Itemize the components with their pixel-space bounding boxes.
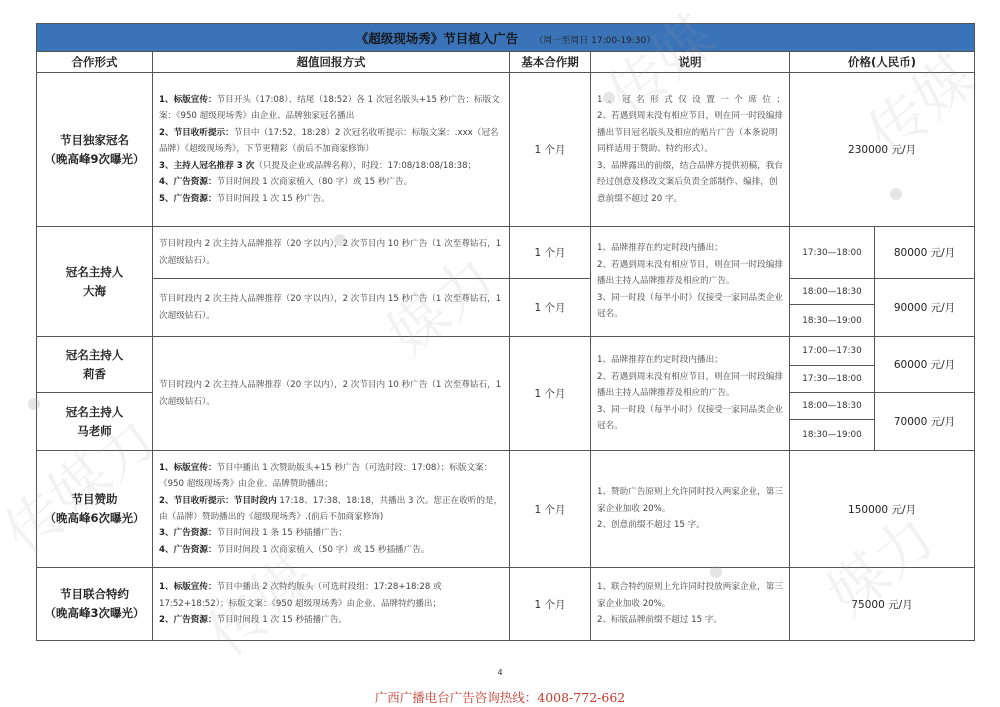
form-host-lixiang: 冠名主持人 莉香 bbox=[37, 337, 153, 393]
note-line: 3、同一时段（每半小时）仅接受一家同品类企业冠名。 bbox=[597, 290, 785, 323]
item-label: 4、广告资源： bbox=[159, 177, 217, 187]
form-name: 冠名主持人 bbox=[37, 263, 152, 282]
table-row-exclusive: 节目独家冠名 （晚高峰9次曝光） 1、标版宣传：节目开头（17:08）、结尾（1… bbox=[37, 73, 975, 227]
table-row-host-lixiang-1: 冠名主持人 莉香 节目时段内 2 次主持人品牌推荐（20 字以内），2 次节目内… bbox=[37, 337, 975, 366]
item-text: 节目时间段 1 条 15 秒插播广告； bbox=[217, 528, 347, 538]
item-text: 节目时间段 1 次商家植入（80 字）或 15 秒广告。 bbox=[217, 177, 413, 187]
slot-time: 18:30—19:00 bbox=[790, 305, 875, 337]
form-name: 节目赞助 bbox=[37, 490, 152, 509]
method-host-lixiang-ma: 节目时段内 2 次主持人品牌推荐（20 字以内），2 次节目内 10 秒广告（1… bbox=[153, 337, 510, 451]
period-host-dahai-15s: 1 个月 bbox=[510, 279, 591, 337]
host-name: 马老师 bbox=[37, 422, 152, 441]
item-text: 节目时间段 1 次 15 秒广告。 bbox=[217, 194, 330, 204]
document-page: 《超级现场秀》节目植入广告（周一至周日 17:00-19:30） 合作形式 超值… bbox=[0, 0, 1000, 707]
title-main: 《超级现场秀》节目植入广告 bbox=[356, 31, 519, 46]
note-line: 2、若遇到周末没有相应节目，则在同一时段编排播出节目冠名版头及相应的贴片广告（本… bbox=[597, 108, 785, 157]
item-text: 节目时间段 1 次商家植入（50 字）或 15 秒插播广告。 bbox=[217, 545, 430, 555]
note-line: 1、联合特约原则上允许同时投放两家企业，第三家企业加收 20%。 bbox=[597, 579, 785, 612]
item-label: 3、广告资源： bbox=[159, 528, 217, 538]
period-joint: 1 个月 bbox=[510, 568, 591, 641]
form-exposure: （晚高峰6次曝光） bbox=[37, 509, 152, 528]
item-label: 1、标版宣传： bbox=[159, 463, 217, 473]
note-line: 2、创意前缀不超过 15 字。 bbox=[597, 517, 785, 533]
header-form: 合作形式 bbox=[37, 52, 153, 73]
slot-time: 17:00—17:30 bbox=[790, 337, 875, 366]
table-row-host-dahai-2: 节目时段内 2 次主持人品牌推荐（20 字以内），2 次节目内 15 秒广告（1… bbox=[37, 279, 975, 305]
item-label: 3、主持人冠名推荐 3 次 bbox=[159, 161, 254, 171]
slot-time: 17:30—18:00 bbox=[790, 227, 875, 279]
slot-price: 70000 元/月 bbox=[875, 393, 975, 451]
slot-time: 18:00—18:30 bbox=[790, 279, 875, 305]
hotline-footer: 广西广播电台广告咨询热线：4008-772-662 bbox=[0, 688, 1000, 706]
price-sponsor: 150000 元/月 bbox=[790, 451, 975, 568]
note-line: 3、品牌露出的前缀，结合品牌方提供初稿，我台经过创意及修改文案后负责全部制作、编… bbox=[597, 158, 785, 207]
item-label: 5、广告资源： bbox=[159, 194, 217, 204]
form-name: 节目联合特约 bbox=[37, 585, 152, 604]
method-host-dahai-10s: 节目时段内 2 次主持人品牌推荐（20 字以内），2 次节目内 10 秒广告（1… bbox=[153, 227, 510, 279]
item-label: 4、广告资源： bbox=[159, 545, 217, 555]
header-row: 合作形式 超值回报方式 基本合作期 说明 价格(人民币) bbox=[37, 52, 975, 73]
note-line: 1、品牌推荐在约定时段内播出； bbox=[597, 240, 785, 256]
note-line: 1、冠名形式仅设置一个席位； bbox=[597, 92, 785, 108]
method-host-dahai-15s: 节目时段内 2 次主持人品牌推荐（20 字以内），2 次节目内 15 秒广告（1… bbox=[153, 279, 510, 337]
note-line: 2、若遇到周末没有相应节目，则在同一时段编排播出主持人品牌推荐及相应的广告。 bbox=[597, 257, 785, 290]
slot-time: 18:30—19:00 bbox=[790, 420, 875, 451]
price-joint: 75000 元/月 bbox=[790, 568, 975, 641]
note-host-lixiang-ma: 1、品牌推荐在约定时段内播出； 2、若遇到周末没有相应节目，则在同一时段编排播出… bbox=[591, 337, 790, 451]
table-row-joint: 节目联合特约 （晚高峰3次曝光） 1、标版宣传：节目中播出 2 次特约版头（可选… bbox=[37, 568, 975, 641]
item-text: （只提及企业或品牌名称），时段：17:08/18:08/18:38； bbox=[254, 161, 476, 171]
price-exclusive: 230000 元/月 bbox=[790, 73, 975, 227]
method-sponsor: 1、标版宣传：节目中播出 1 次赞助版头+15 秒广告（可选时段：17:08）；… bbox=[153, 451, 510, 568]
item-text: 节目时间段 1 次 15 秒插播广告。 bbox=[217, 615, 347, 625]
form-exclusive: 节目独家冠名 （晚高峰9次曝光） bbox=[37, 73, 153, 227]
item-label: 2、节目收听提示： bbox=[159, 128, 234, 138]
table-row-sponsor: 节目赞助 （晚高峰6次曝光） 1、标版宣传：节目中播出 1 次赞助版头+15 秒… bbox=[37, 451, 975, 568]
title-schedule: （周一至周日 17:00-19:30） bbox=[534, 36, 655, 46]
method-joint: 1、标版宣传：节目中播出 2 次特约版头（可选时段组：17:28+18:28 或… bbox=[153, 568, 510, 641]
page-number: 4 bbox=[0, 668, 1000, 677]
note-host-dahai: 1、品牌推荐在约定时段内播出； 2、若遇到周末没有相应节目，则在同一时段编排播出… bbox=[591, 227, 790, 337]
form-name: 节目独家冠名 bbox=[37, 131, 152, 150]
form-exposure: （晚高峰9次曝光） bbox=[37, 150, 152, 169]
note-line: 1、赞助广告原则上允许同时投入两家企业，第三家企业加收 20%。 bbox=[597, 484, 785, 517]
note-sponsor: 1、赞助广告原则上允许同时投入两家企业，第三家企业加收 20%。 2、创意前缀不… bbox=[591, 451, 790, 568]
note-line: 2、若遇到周末没有相应节目，则在同一时段编排播出主持人品牌推荐及相应的广告。 bbox=[597, 369, 785, 402]
note-exclusive: 1、冠名形式仅设置一个席位； 2、若遇到周末没有相应节目，则在同一时段编排播出节… bbox=[591, 73, 790, 227]
item-label: 2、节目收听提示：节目时段内 bbox=[159, 496, 277, 506]
slot-price: 60000 元/月 bbox=[875, 337, 975, 393]
item-label: 1、标版宣传： bbox=[159, 582, 217, 592]
header-period: 基本合作期 bbox=[510, 52, 591, 73]
form-name: 冠名主持人 bbox=[37, 346, 152, 365]
form-exposure: （晚高峰3次曝光） bbox=[37, 604, 152, 623]
form-joint: 节目联合特约 （晚高峰3次曝光） bbox=[37, 568, 153, 641]
method-exclusive: 1、标版宣传：节目开头（17:08）、结尾（18:52）各 1 次冠名版头+15… bbox=[153, 73, 510, 227]
period-exclusive: 1 个月 bbox=[510, 73, 591, 227]
header-price: 价格(人民币) bbox=[790, 52, 975, 73]
form-name: 冠名主持人 bbox=[37, 403, 152, 422]
slot-price: 90000 元/月 bbox=[875, 279, 975, 337]
note-joint: 1、联合特约原则上允许同时投放两家企业，第三家企业加收 20%。 2、标版品牌前… bbox=[591, 568, 790, 641]
header-method: 超值回报方式 bbox=[153, 52, 510, 73]
slot-time: 17:30—18:00 bbox=[790, 366, 875, 393]
ad-pricing-table: 《超级现场秀》节目植入广告（周一至周日 17:00-19:30） 合作形式 超值… bbox=[36, 23, 975, 641]
slot-time: 18:00—18:30 bbox=[790, 393, 875, 420]
host-name: 大海 bbox=[37, 282, 152, 301]
period-host-lixiang-ma: 1 个月 bbox=[510, 337, 591, 451]
item-label: 2、广告资源： bbox=[159, 615, 217, 625]
table-row-host-dahai-1: 冠名主持人 大海 节目时段内 2 次主持人品牌推荐（20 字以内），2 次节目内… bbox=[37, 227, 975, 279]
host-name: 莉香 bbox=[37, 365, 152, 384]
item-label: 1、标版宣传： bbox=[159, 95, 217, 105]
note-line: 2、标版品牌前缀不超过 15 字。 bbox=[597, 612, 785, 628]
period-host-dahai-10s: 1 个月 bbox=[510, 227, 591, 279]
form-sponsor: 节目赞助 （晚高峰6次曝光） bbox=[37, 451, 153, 568]
note-line: 1、品牌推荐在约定时段内播出； bbox=[597, 352, 785, 368]
form-host-ma: 冠名主持人 马老师 bbox=[37, 393, 153, 451]
slot-price: 80000 元/月 bbox=[875, 227, 975, 279]
period-sponsor: 1 个月 bbox=[510, 451, 591, 568]
note-line: 3、同一时段（每半小时）仅接受一家同品类企业冠名。 bbox=[597, 402, 785, 435]
form-host-dahai: 冠名主持人 大海 bbox=[37, 227, 153, 337]
table-title: 《超级现场秀》节目植入广告（周一至周日 17:00-19:30） bbox=[37, 24, 975, 52]
header-note: 说明 bbox=[591, 52, 790, 73]
